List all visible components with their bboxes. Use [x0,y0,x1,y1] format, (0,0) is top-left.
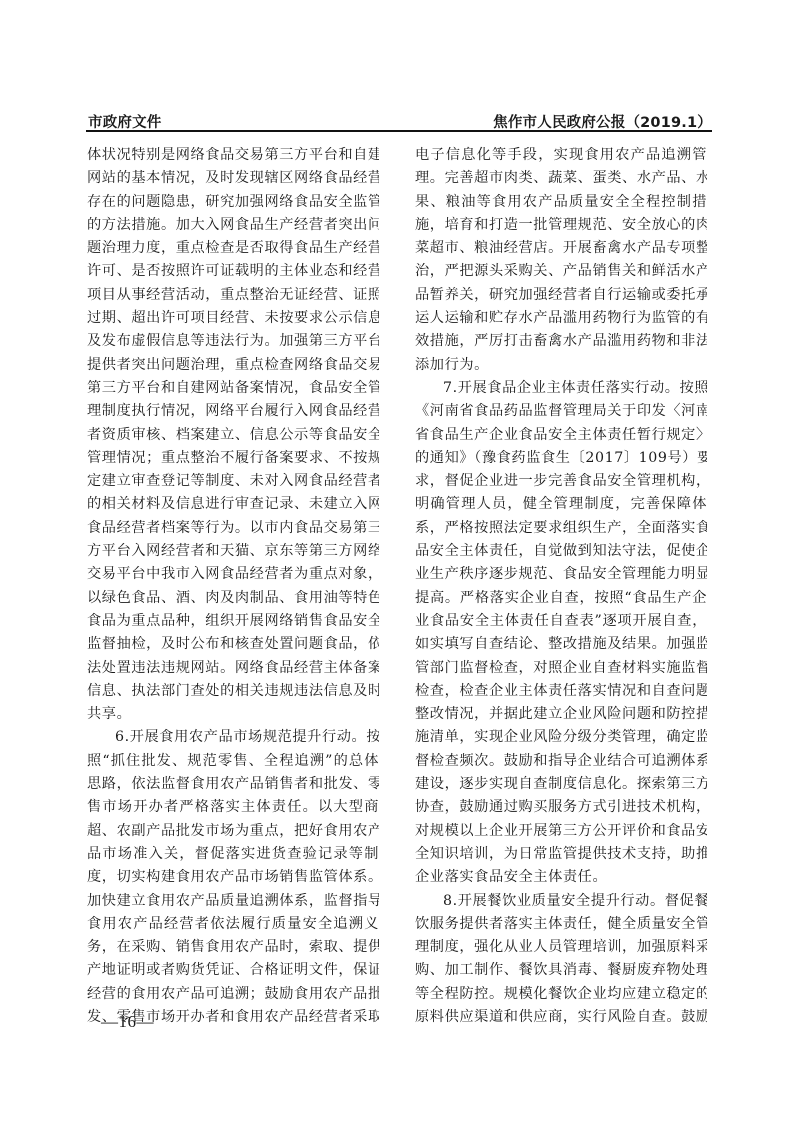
text-line: 等全程防控。规模化餐饮企业均应建立稳定的 [415,983,707,1006]
text-line: 网站的基本情况，及时发现辖区网络食品经营 [87,167,379,190]
text-line: 添加行为。 [415,354,707,377]
text-line: 运人运输和贮存水产品滥用药物行为监管的有 [415,307,707,330]
text-line: 省食品生产企业食品安全主体责任暂行规定〉 [415,424,707,447]
text-line: 理。完善超市肉类、蔬菜、蛋类、水产品、水 [415,167,707,190]
text-line: 照“抓住批发、规范零售、全程追溯”的总体 [87,750,379,773]
text-line: 饮服务提供者落实主体责任，健全质量安全管 [415,913,707,936]
text-line: 全知识培训，为日常监管提供技术支持，助推 [415,843,707,866]
page-number: —16— [101,1012,154,1032]
publication-title: 焦作市人民政府公报（2019.1） [493,111,712,132]
text-line: 品安全主体责任，自觉做到知法守法，促使企 [415,540,707,563]
section-title: 市政府文件 [88,111,162,132]
text-line: 的方法措施。加大入网食品生产经营者突出问 [87,214,379,237]
text-line: 品市场准入关，督促落实进货查验记录等制 [87,843,379,866]
text-line: 定建立审查登记等制度、未对入网食品经营者 [87,470,379,493]
text-line: 品暂养关，研究加强经营者自行运输或委托承 [415,284,707,307]
text-line: 许可、是否按照许可证载明的主体业态和经营 [87,260,379,283]
text-line: 如实填写自查结论、整改措施及结果。加强监 [415,633,707,656]
text-line: 的通知》（豫食药监食生〔2017〕109号）要 [415,447,707,470]
text-line: 第三方平台和自建网站备案情况，食品安全管 [87,377,379,400]
text-line: 建设，逐步实现自查制度信息化。探索第三方 [415,773,707,796]
text-line: 原料供应渠道和供应商，实行风险自查。鼓励 [415,1006,707,1029]
text-line: 食品为重点品种，组织开展网络销售食品安全 [87,610,379,633]
text-line: 法处置违法违规网站。网络食品经营主体备案 [87,657,379,680]
text-line: 电子信息化等手段，实现食用农产品追溯管 [415,144,707,167]
paragraph-heading-line: 8.开展餐饮业质量安全提升行动。督促餐 [415,890,707,913]
text-line: 对规模以上企业开展第三方公开评价和食品安 [415,820,707,843]
paragraph-heading-line: 7.开展食品企业主体责任落实行动。按照 [415,377,707,400]
text-line: 项目从事经营活动，重点整治无证经营、证照 [87,284,379,307]
text-line: 业食品安全主体责任自查表”逐项开展自查， [415,610,707,633]
text-line: 思路，依法监督食用农产品销售者和批发、零 [87,773,379,796]
text-line: 明确管理人员，健全管理制度，完善保障体 [415,493,707,516]
text-line: 及发布虚假信息等违法行为。加强第三方平台 [87,330,379,353]
text-line: 求，督促企业进一步完善食品安全管理机构， [415,470,707,493]
text-line: 系，严格按照法定要求组织生产，全面落实食 [415,517,707,540]
text-line: 方平台入网经营者和天猫、京东等第三方网络 [87,540,379,563]
text-line: 治，严把源头采购关、产品销售关和鲜活水产 [415,260,707,283]
text-line: 存在的问题隐患，研究加强网络食品安全监管 [87,191,379,214]
text-line: 理制度，强化从业人员管理培训，加强原料采 [415,936,707,959]
text-line: 整改情况，并据此建立企业风险问题和防控措 [415,703,707,726]
text-line: 协查，鼓励通过购买服务方式引进技术机构， [415,796,707,819]
text-line: 产地证明或者购货凭证、合格证明文件，保证 [87,959,379,982]
text-line: 题治理力度，重点检查是否取得食品生产经营 [87,237,379,260]
text-line: 体状况特别是网络食品交易第三方平台和自建 [87,144,379,167]
text-line: 加快建立食用农产品质量追溯体系，监督指导 [87,890,379,913]
text-line: 菜超市、粮油经营店。开展畜禽水产品专项整 [415,237,707,260]
text-line: 督检查频次。鼓励和指导企业结合可追溯体系 [415,750,707,773]
text-line: 的相关材料及信息进行审查记录、未建立入网 [87,493,379,516]
text-line: 提高。严格落实企业自查，按照“食品生产企 [415,587,707,610]
text-line: 理制度执行情况，网络平台履行入网食品经营 [87,400,379,423]
text-line: 以绿色食品、酒、肉及肉制品、食用油等特色 [87,587,379,610]
text-line: 过期、超出许可项目经营、未按要求公示信息 [87,307,379,330]
text-line: 检查，检查企业主体责任落实情况和自查问题 [415,680,707,703]
text-line: 务，在采购、销售食用农产品时，索取、提供 [87,936,379,959]
text-line: 《河南省食品药品监督管理局关于印发〈河南 [415,400,707,423]
text-line: 效措施，严厉打击畜禽水产品滥用药物和非法 [415,330,707,353]
text-line: 者资质审核、档案建立、信息公示等食品安全 [87,424,379,447]
text-line: 度，切实构建食用农产品市场销售监管体系。 [87,866,379,889]
text-line: 管理情况；重点整治不履行备案要求、不按规 [87,447,379,470]
running-header: 市政府文件 焦作市人民政府公报（2019.1） [86,108,712,130]
text-line: 经营的食用农产品可追溯；鼓励食用农产品批 [87,983,379,1006]
paragraph-heading-line: 6.开展食用农产品市场规范提升行动。按 [87,726,379,749]
text-line: 企业落实食品安全主体责任。 [415,866,707,889]
text-line: 售市场开办者严格落实主体责任。以大型商 [87,796,379,819]
header-rule [86,130,712,132]
text-line: 管部门监督检查，对照企业自查材料实施监督 [415,657,707,680]
text-line: 业生产秩序逐步规范、食品安全管理能力明显 [415,563,707,586]
text-line: 共享。 [87,703,379,726]
text-line: 食品经营者档案等行为。以市内食品交易第三 [87,517,379,540]
text-line: 提供者突出问题治理，重点检查网络食品交易 [87,354,379,377]
text-line: 交易平台中我市入网食品经营者为重点对象， [87,563,379,586]
text-line: 果、粮油等食用农产品质量安全全程控制措 [415,191,707,214]
right-column: 电子信息化等手段，实现食用农产品追溯管理。完善超市肉类、蔬菜、蛋类、水产品、水果… [415,144,707,1029]
text-line: 施，培育和打造一批管理规范、安全放心的肉 [415,214,707,237]
text-line: 超、农副产品批发市场为重点，把好食用农产 [87,820,379,843]
text-line: 施清单，实现企业风险分级分类管理，确定监 [415,726,707,749]
left-column: 体状况特别是网络食品交易第三方平台和自建网站的基本情况，及时发现辖区网络食品经营… [87,144,379,1029]
text-line: 食用农产品经营者依法履行质量安全追溯义 [87,913,379,936]
text-line: 购、加工制作、餐饮具消毒、餐厨废弃物处理 [415,959,707,982]
text-line: 监督抽检，及时公布和核查处置问题食品，依 [87,633,379,656]
text-line: 信息、执法部门查处的相关违规违法信息及时 [87,680,379,703]
